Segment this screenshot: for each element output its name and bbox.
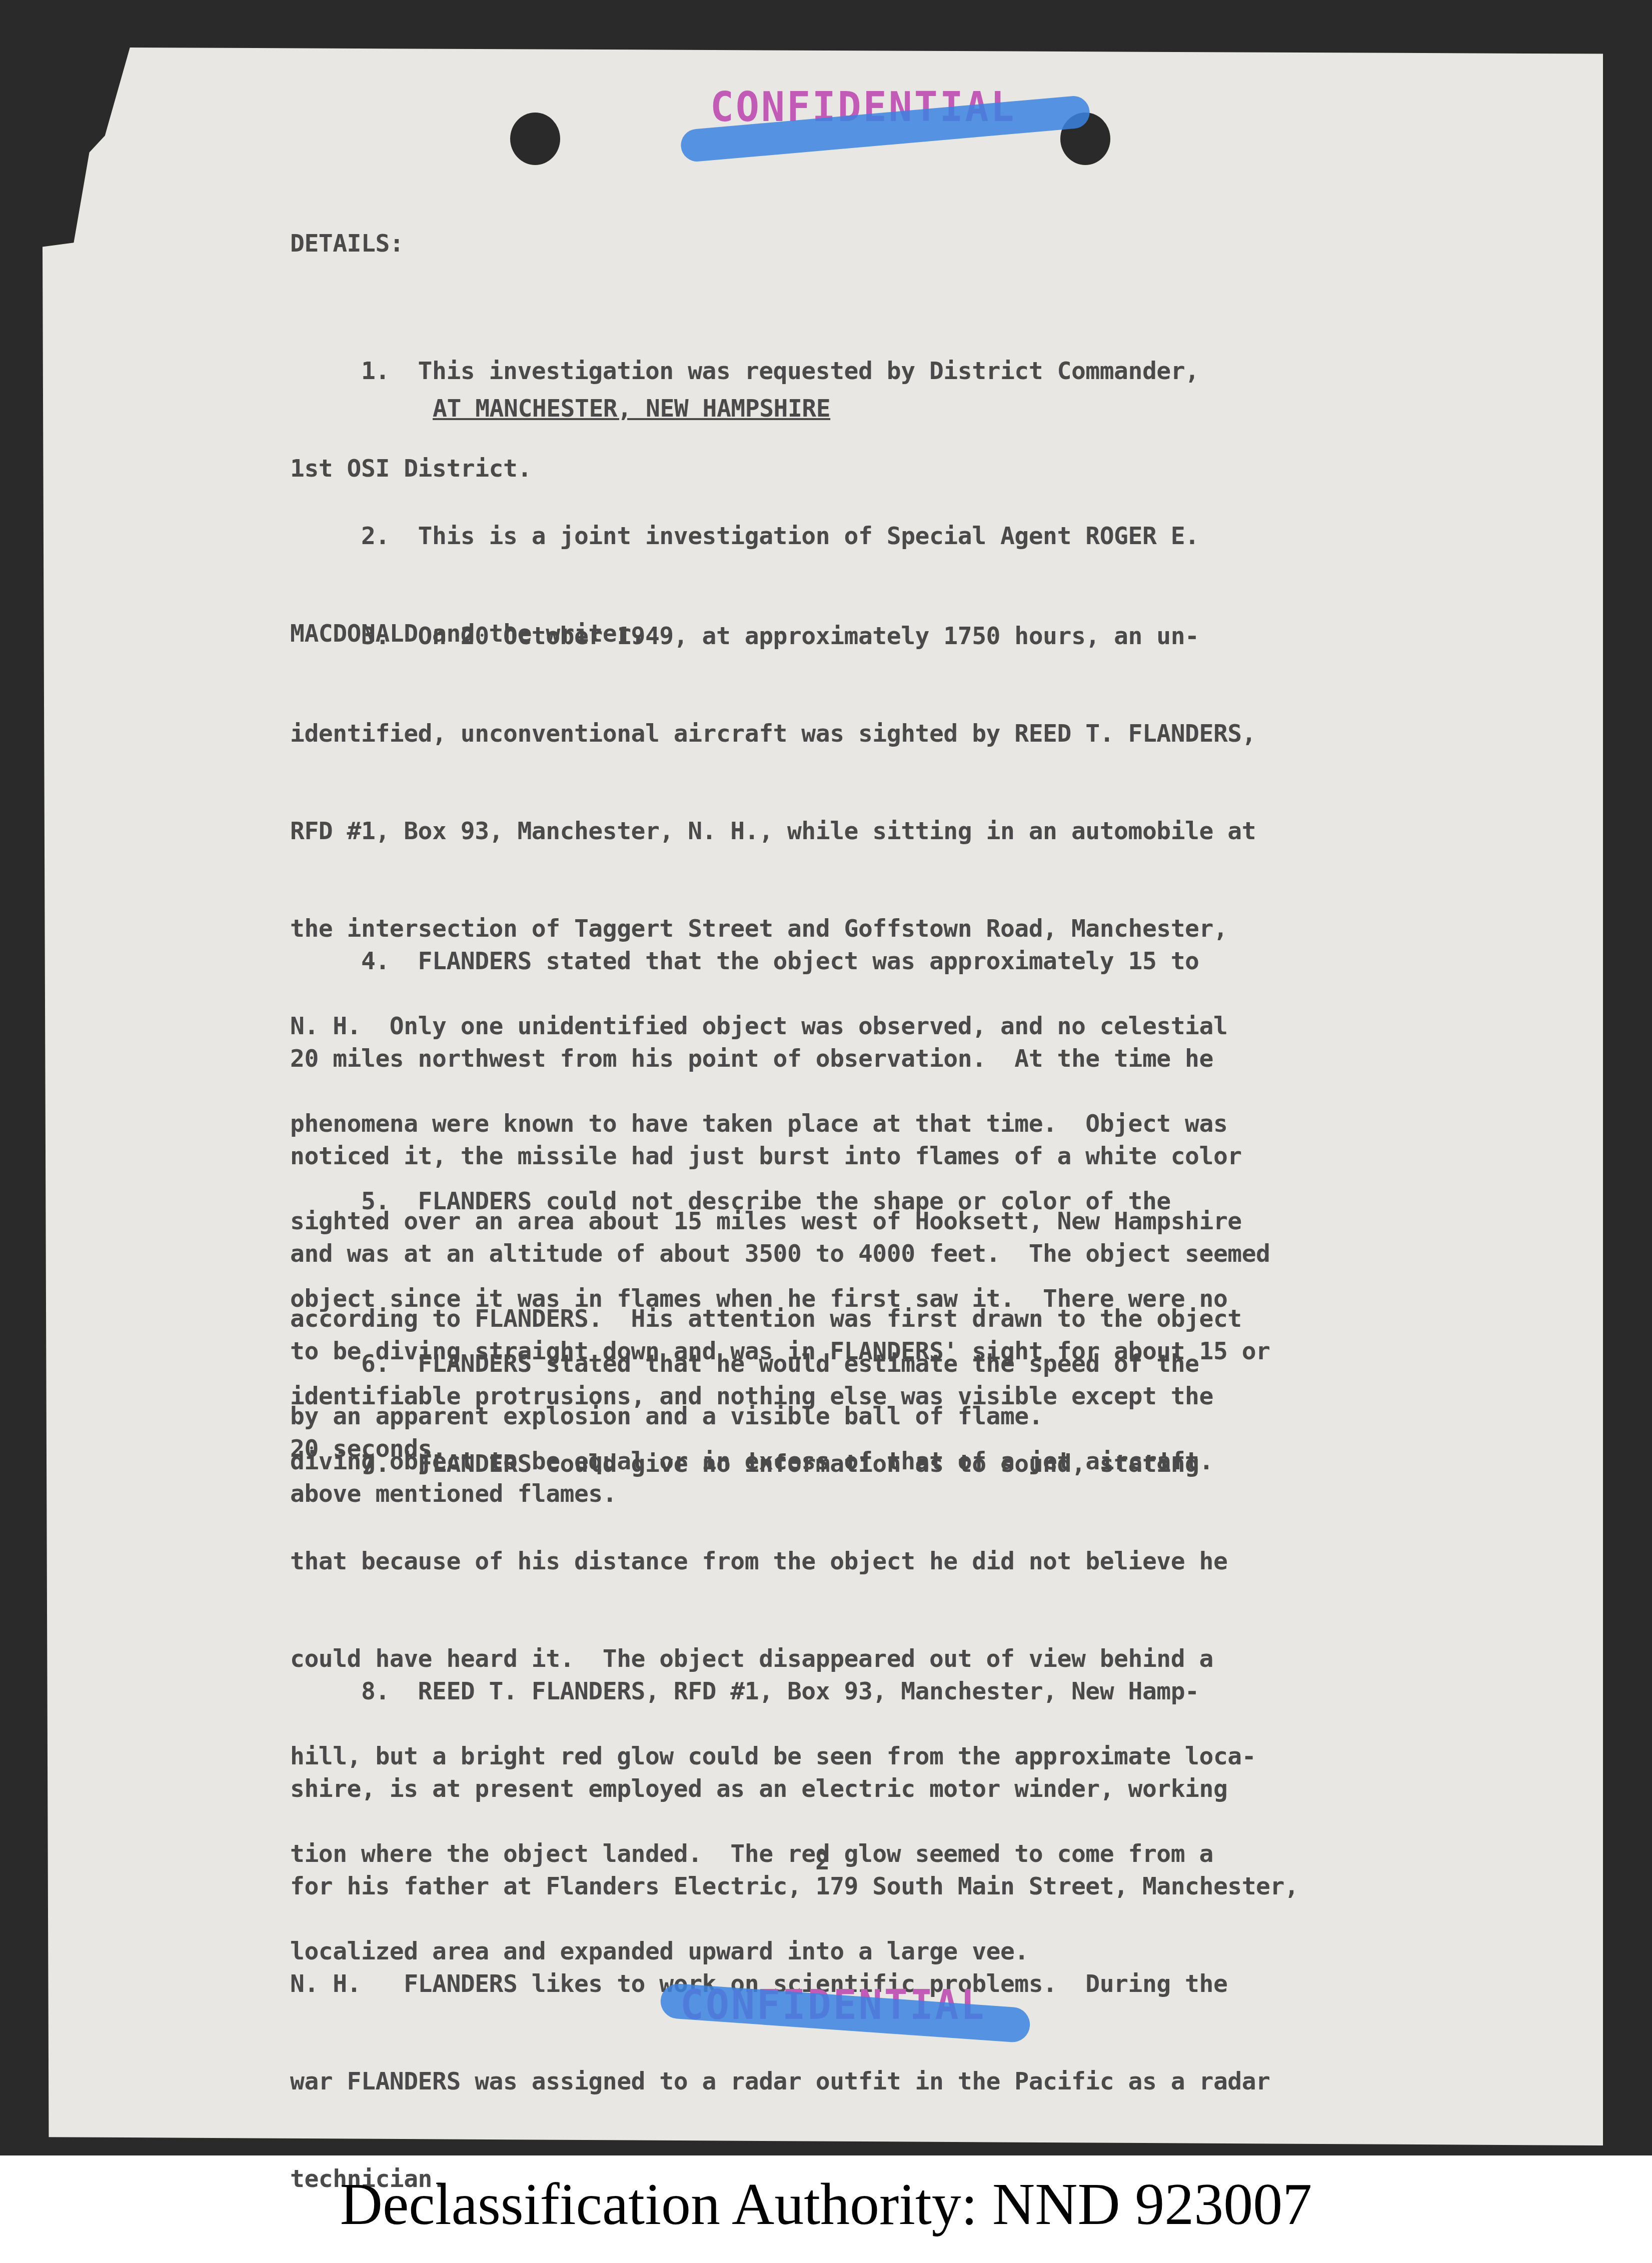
paragraph-8: 8. REED T. FLANDERS, RFD #1, Box 93, Man… xyxy=(290,1610,1455,2228)
page-number: 2 xyxy=(815,1845,865,1878)
declassification-caption: Declassification Authority: NND 923007 xyxy=(0,2170,1652,2238)
paragraph-line: that because of his distance from the ob… xyxy=(290,1545,1455,1578)
paragraph-line: 4. FLANDERS stated that the object was a… xyxy=(290,945,1455,978)
paragraph-line: 5. FLANDERS could not describe the shape… xyxy=(290,1185,1455,1218)
paragraph-line: 1. This investigation was requested by D… xyxy=(290,355,1455,388)
paragraph-line: identified, unconventional aircraft was … xyxy=(290,718,1455,750)
section-label: DETAILS: xyxy=(290,228,1455,260)
location-heading: AT MANCHESTER, NEW HAMPSHIRE xyxy=(433,393,1598,425)
paragraph-line: war FLANDERS was assigned to a radar out… xyxy=(290,2065,1455,2098)
paragraph-line: shire, is at present employed as an elec… xyxy=(290,1773,1455,1805)
paragraph-line: 7. FLANDERS could give no information as… xyxy=(290,1448,1455,1480)
paragraph-line: 2. This is a joint investigation of Spec… xyxy=(290,520,1455,553)
paragraph-line: 20 miles northwest from his point of obs… xyxy=(290,1043,1455,1075)
punch-hole-left xyxy=(510,113,560,165)
paragraph-line: 8. REED T. FLANDERS, RFD #1, Box 93, Man… xyxy=(290,1675,1455,1708)
paragraph-line: 6. FLANDERS stated that he would estimat… xyxy=(290,1348,1455,1380)
paragraph-line: for his father at Flanders Electric, 179… xyxy=(290,1870,1455,1903)
paragraph-line: 3. On 20 October 1949, at approximately … xyxy=(290,620,1455,653)
paragraph-line: RFD #1, Box 93, Manchester, N. H., while… xyxy=(290,815,1455,848)
